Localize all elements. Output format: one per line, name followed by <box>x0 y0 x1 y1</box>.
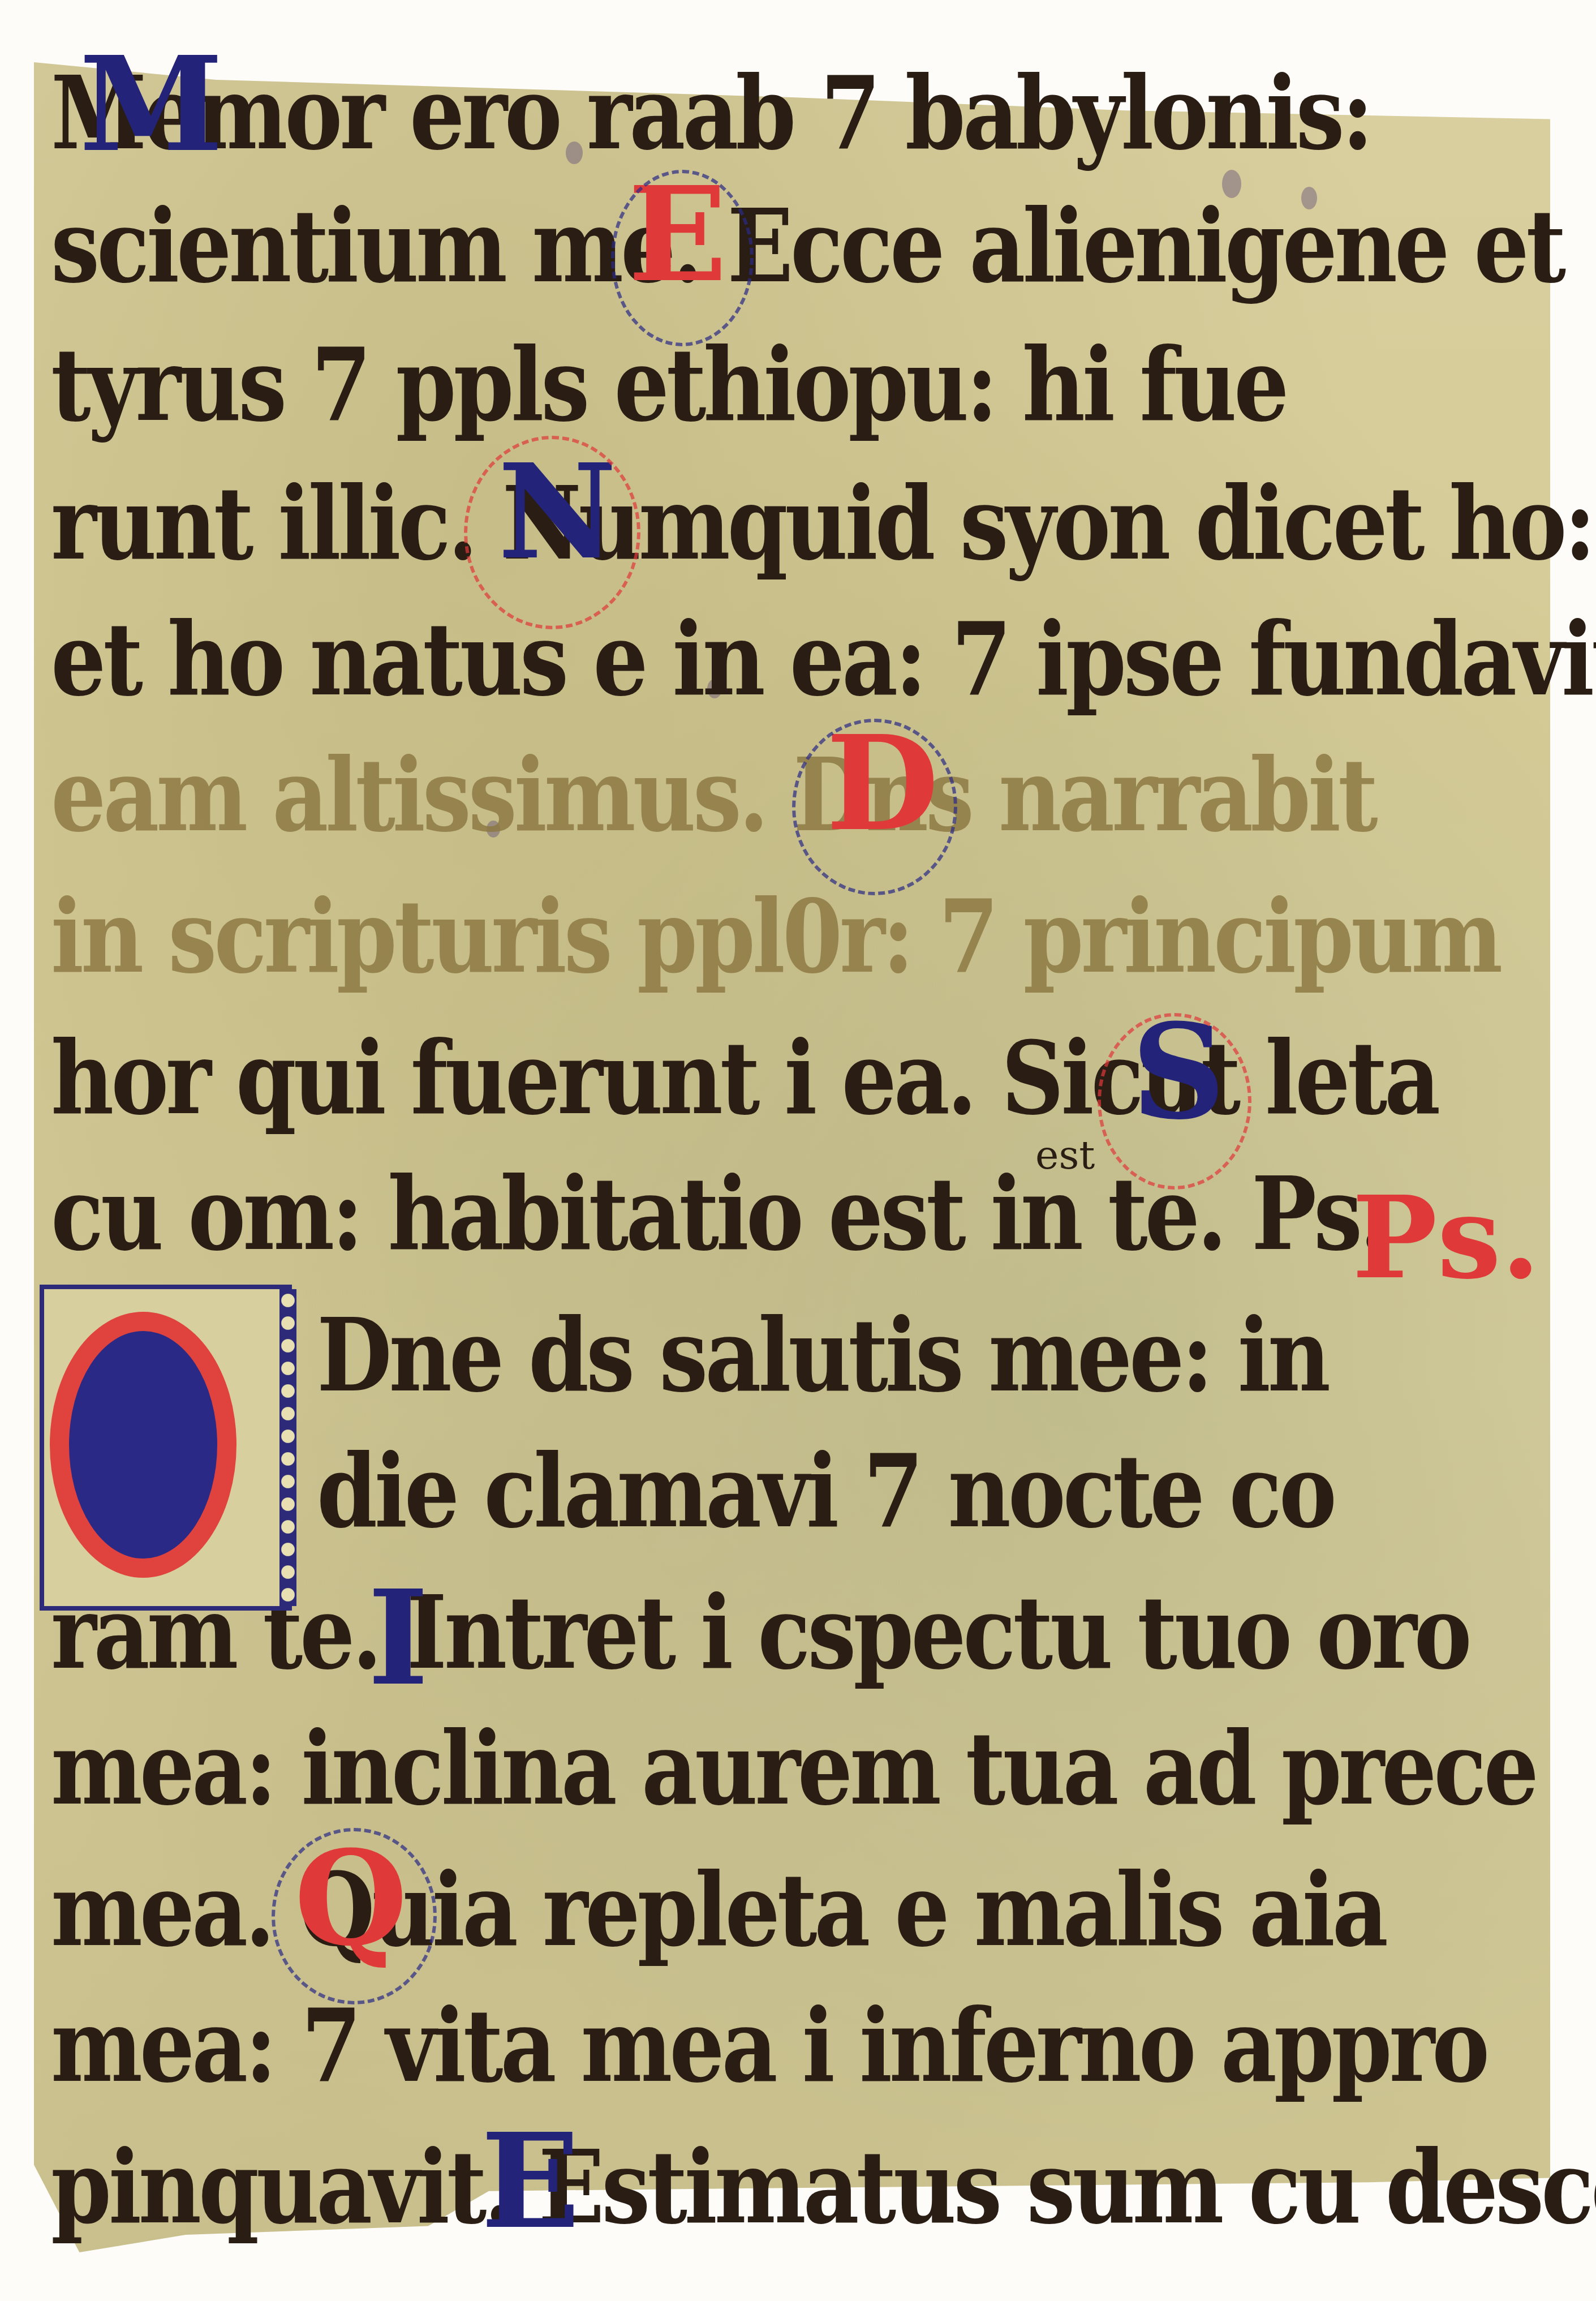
text-line-15: mea: 7 vita mea i inferno appro <box>51 1986 1487 2105</box>
initial-flourish <box>1098 1013 1251 1190</box>
text-line-16: pinquavit. Estimatus sum cu desce <box>51 2128 1596 2246</box>
initial-e-bottom: E <box>481 2117 580 2247</box>
initial-flourish <box>792 719 957 895</box>
text-line-1: Memor ero raab 7 babylonis: <box>51 54 1371 172</box>
initial-flourish <box>611 170 754 346</box>
text-line-4: runt illic. Numquid syon dicet ho: <box>51 464 1593 582</box>
psalm-rubric: Ps. <box>1352 1171 1541 1304</box>
text-line-2: scientium me. Ecce alienigene et <box>51 187 1563 305</box>
initial-i: I <box>368 1573 429 1703</box>
initial-bowl <box>50 1312 236 1578</box>
text-line-10: Dne ds salutis mee: in <box>317 1296 1328 1414</box>
initial-flourish <box>272 1828 437 2004</box>
text-line-7: in scripturis ppl0r: 7 principum <box>51 877 1500 995</box>
text-line-5: et ho natus e in ea: 7 ipse fundavit <box>51 600 1596 718</box>
interlinear-note: est <box>1035 1132 1095 1178</box>
initial-m: M <box>79 40 223 170</box>
text-line-11: die clamavi 7 nocte co <box>317 1432 1334 1550</box>
text-line-13: mea: inclina aurem tua ad prece <box>51 1709 1536 1827</box>
illuminated-initial-d <box>40 1285 292 1611</box>
pearl-border <box>279 1289 296 1606</box>
text-line-14: mea. Quia repleta e malis aia <box>51 1851 1386 1969</box>
initial-flourish <box>464 436 640 629</box>
text-line-6: eam altissimus. Dns narrabit <box>51 736 1375 854</box>
